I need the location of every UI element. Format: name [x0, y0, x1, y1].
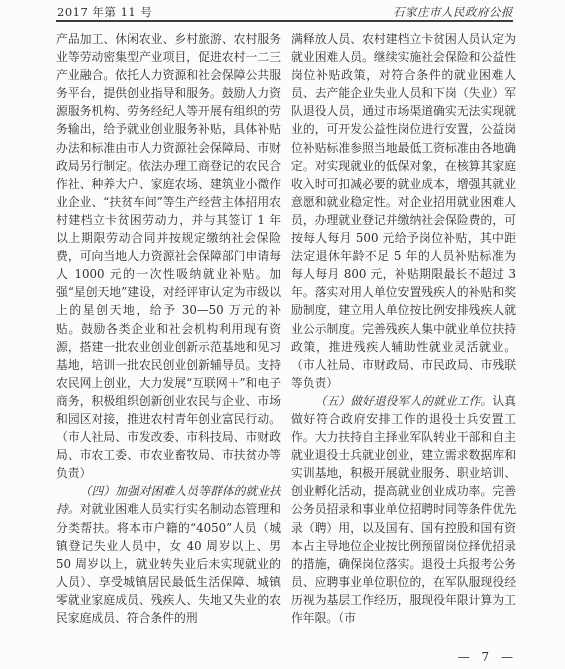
- issue-label: 2017 年第 11 号: [57, 4, 152, 20]
- right-column: 满释放人员、农村建档立卡贫困人员认定为就业困难人员。继续实施社会保险和公益性岗位…: [291, 30, 516, 652]
- paragraph: （四）加强对困难人员等群体的就业扶持。对就业困难人员实行实名制动态管理和分类帮扶…: [56, 482, 281, 627]
- body-text-run: 认真做好符合政府安排工作的退役士兵安置工作。大力扶持自主择业军队转业干部和自主就…: [291, 394, 516, 625]
- page-header: 2017 年第 11 号 石家庄市人民政府公报: [57, 6, 513, 20]
- left-column: 产品加工、休闲农业、乡村旅游、农村服务业等劳动密集型产业项目，促进农村一二三产业…: [56, 30, 281, 652]
- paragraph: 满释放人员、农村建档立卡贫困人员认定为就业困难人员。继续实施社会保险和公益性岗位…: [291, 30, 516, 392]
- body-text-run: 产品加工、休闲农业、乡村旅游、农村服务业等劳动密集型产业项目，促进农村一二三产业…: [56, 32, 281, 480]
- header-divider: [56, 20, 513, 22]
- paragraph: 产品加工、休闲农业、乡村旅游、农村服务业等劳动密集型产业项目，促进农村一二三产业…: [56, 30, 281, 482]
- body-text-run: 满释放人员、农村建档立卡贫困人员认定为就业困难人员。继续实施社会保险和公益性岗位…: [291, 32, 516, 390]
- clause-heading-run: （五）做好退役军人的就业工作。: [315, 394, 493, 408]
- document-page: 2017 年第 11 号 石家庄市人民政府公报 产品加工、休闲农业、乡村旅游、农…: [0, 0, 565, 669]
- page-number: — 7 —: [458, 650, 517, 664]
- document-body: 产品加工、休闲农业、乡村旅游、农村服务业等劳动密集型产业项目，促进农村一二三产业…: [56, 30, 516, 652]
- body-text-run: 对就业困难人员实行实名制动态管理和分类帮扶。将本市户籍的“4050”人员（城镇登…: [56, 502, 281, 625]
- page-footer: — 7 —: [458, 650, 517, 664]
- publication-title: 石家庄市人民政府公报: [393, 4, 513, 20]
- paragraph: （五）做好退役军人的就业工作。认真做好符合政府安排工作的退役士兵安置工作。大力扶…: [291, 392, 516, 627]
